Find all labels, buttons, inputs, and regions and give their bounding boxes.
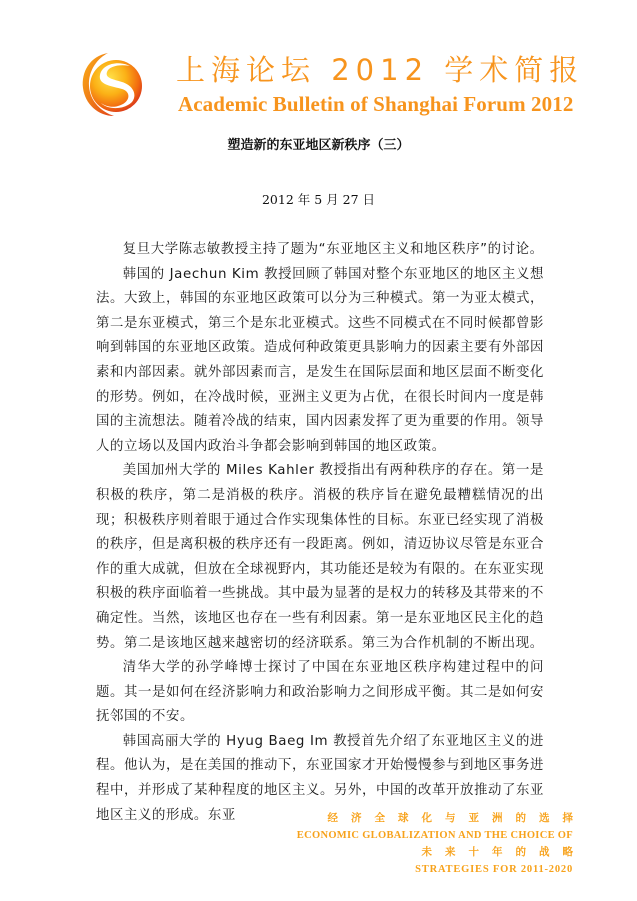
paragraph: 复旦大学陈志敏教授主持了题为“东亚地区主义和地区秩序”的讨论。 <box>96 238 544 263</box>
bulletin-title-chinese: 上海论坛 2012 学术简报 <box>176 52 546 88</box>
paragraph: 美国加州大学的 Miles Kahler 教授指出有两种秩序的存在。第一是积极的… <box>96 459 544 656</box>
shanghai-forum-logo-icon <box>78 48 146 120</box>
footer-subtheme-chinese: 未来十年的战略 <box>297 844 586 861</box>
bulletin-title-english: Academic Bulletin of Shanghai Forum 2012 <box>178 91 573 117</box>
footer-subtheme-english: STRATEGIES FOR 2011-2020 <box>297 861 573 878</box>
paragraph: 清华大学的孙学峰博士探讨了中国在东亚地区秩序构建过程中的问题。其一是如何在经济影… <box>96 656 544 730</box>
paragraph: 韩国的 Jaechun Kim 教授回顾了韩国对整个东亚地区的地区主义想法。大致… <box>96 263 544 460</box>
footer-theme-chinese: 经济全球化与亚洲的选择 <box>297 810 586 827</box>
footer-theme-english: ECONOMIC GLOBALIZATION AND THE CHOICE OF <box>297 827 573 844</box>
article-title: 塑造新的东亚地区新秩序（三） <box>0 136 637 156</box>
page-footer: 经济全球化与亚洲的选择 ECONOMIC GLOBALIZATION AND T… <box>297 810 573 878</box>
article-body: 复旦大学陈志敏教授主持了题为“东亚地区主义和地区秩序”的讨论。 韩国的 Jaec… <box>96 238 544 828</box>
article-date: 2012 年 5 月 27 日 <box>0 190 637 210</box>
